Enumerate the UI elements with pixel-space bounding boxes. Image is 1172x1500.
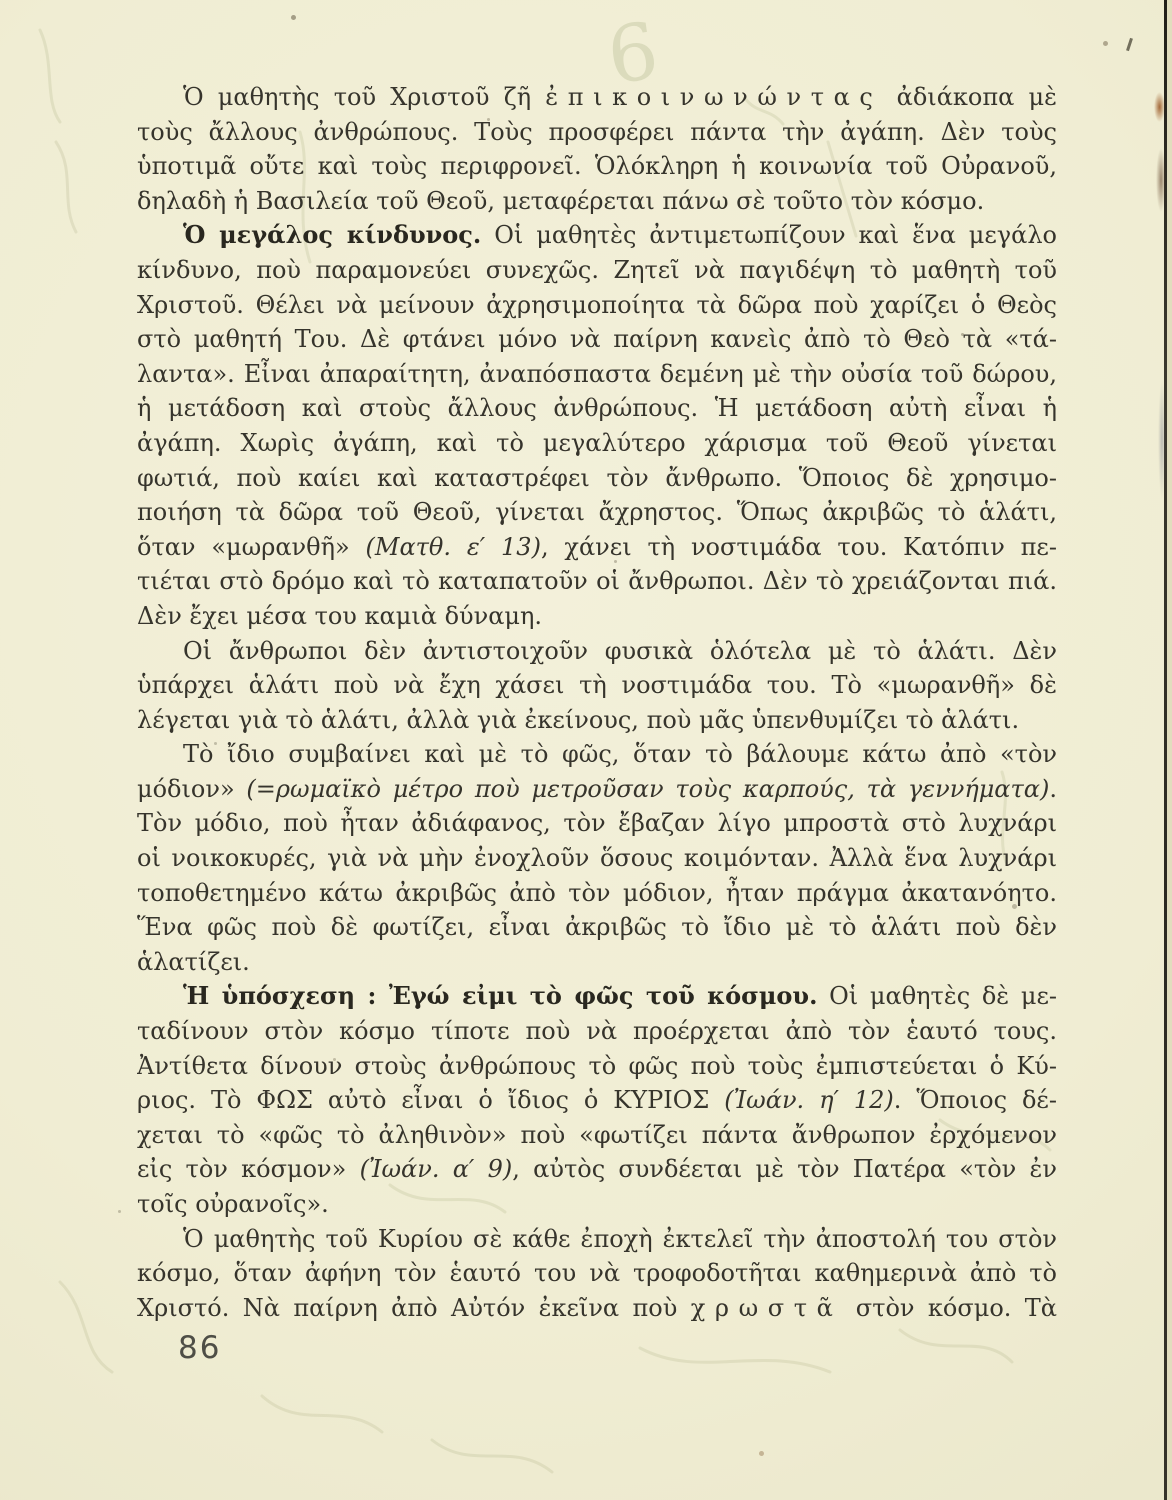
body-text-segment: ποιήση τὰ δῶρα τοῦ Θεοῦ, γίνεται ἄχρηστο… <box>137 498 1057 526</box>
text-line: Τὸ ἴδιο συμβαίνει καὶ μὲ τὸ φῶς, ὅταν τὸ… <box>137 737 1057 772</box>
text-line: ὑποτιμᾶ οὔτε καὶ τοὺς περιφρονεῖ. Ὁλόκλη… <box>137 149 1057 184</box>
text-line: ἀγάπη. Χωρὶς ἀγάπη, καὶ τὸ μεγαλύτερο χά… <box>137 426 1057 461</box>
body-text-segment: Τὸν μόδιο, ποὺ ἦταν ἀδιάφανος, τὸν ἔβαζα… <box>137 809 1057 837</box>
body-text-segment: ἁλατίζει. <box>137 948 250 976</box>
body-text-segment: δηλαδὴ ἡ Βασιλεία τοῦ Θεοῦ, μεταφέρεται … <box>137 187 984 215</box>
body-text-segment: τιέται στὸ δρόμο καὶ τὸ καταπατοῦν οἱ ἄν… <box>137 567 1057 595</box>
body-text-segment: Οἱ μαθητὲς ἀντιμετωπίζουν καὶ ἕνα μεγάλο <box>481 221 1057 249</box>
paper-speckles <box>0 0 3 3</box>
body-text-segment: Οἱ ἄνθρωποι δὲν ἀντιστοιχοῦν φυσικὰ ὁλότ… <box>183 637 1057 665</box>
body-text-segment: , χάνει τὴ νοστιμάδα του. Κατόπιν πε- <box>541 533 1057 561</box>
text-line: Ὁ μαθητὴς τοῦ Κυρίου σὲ κάθε ἐποχὴ ἐκτελ… <box>137 1222 1057 1257</box>
text-line: τοὺς ἄλλους ἀνθρώπους. Τοὺς προσφέρει πά… <box>137 115 1057 150</box>
text-line: ταδίνουν στὸν κόσμο τίποτε ποὺ νὰ προέρχ… <box>137 1014 1057 1049</box>
body-text-segment: χρωστᾶ <box>691 1294 843 1322</box>
text-line: Ἀντίθετα δίνουν στοὺς ἀνθρώπους τὸ φῶς π… <box>137 1049 1057 1084</box>
body-text-segment: ὑποτιμᾶ οὔτε καὶ τοὺς περιφρονεῖ. Ὁλόκλη… <box>137 152 1057 180</box>
edge-smudge <box>1156 148 1166 212</box>
scripture-reference: (Ματθ. ε′ 13) <box>366 533 541 561</box>
body-text-segment: ταδίνουν στὸν κόσμο τίποτε ποὺ νὰ προέρχ… <box>137 1017 1057 1045</box>
body-text-segment: Οἱ μαθητὲς δὲ με- <box>817 982 1057 1010</box>
scripture-reference: (Ἰωάν. α′ 9) <box>360 1155 513 1183</box>
text-line: κόσμο, ὅταν ἀφήνη τὸν ἑαυτό του νὰ τροφο… <box>137 1256 1057 1291</box>
body-text-segment: ριος. Τὸ ΦΩΣ αὐτὸ εἶναι ὁ ἴδιος ὁ ΚΥΡΙΟΣ <box>137 1086 724 1114</box>
body-text-segment: ἐπικοινωνώντας <box>545 83 882 111</box>
body-text-segment: τοποθετημένο κάτω ἀκριβῶς ἀπὸ τὸν μόδιον… <box>137 879 1057 907</box>
text-line: τοῖς οὐρανοῖς». <box>137 1187 1057 1222</box>
body-text-segment: στὸ μαθητή Του. Δὲ φτάνει μόνο νὰ παίρνη… <box>137 325 1057 353</box>
text-line: Δὲν ἔχει μέσα του καμιὰ δύναμη. <box>137 599 1057 634</box>
text-line: Ἡ ὑπόσχεση : Ἐγώ εἰμι τὸ φῶς τοῦ κόσμου.… <box>137 979 1057 1014</box>
text-line: ὑπάρχει ἁλάτι ποὺ νὰ ἔχη χάσει τὴ νοστιμ… <box>137 668 1057 703</box>
body-text-segment: τοῖς οὐρανοῖς». <box>137 1190 329 1218</box>
body-text-segment: Τὸ ἴδιο συμβαίνει καὶ μὲ τὸ φῶς, ὅταν τὸ… <box>183 740 1057 768</box>
text-line: Χριστοῦ. Θέλει νὰ μείνουν ἀχρησιμοποίητα… <box>137 288 1057 323</box>
text-line: ριος. Τὸ ΦΩΣ αὐτὸ εἶναι ὁ ἴδιος ὁ ΚΥΡΙΟΣ… <box>137 1083 1057 1118</box>
body-text-segment: κόσμο, ὅταν ἀφήνη τὸν ἑαυτό του νὰ τροφο… <box>137 1259 1057 1287</box>
text-line: ὅταν «μωρανθῆ» (Ματθ. ε′ 13), χάνει τὴ ν… <box>137 530 1057 565</box>
text-line: Τὸν μόδιο, ποὺ ἦταν ἀδιάφανος, τὸν ἔβαζα… <box>137 806 1057 841</box>
body-text-segment: . Ὅποιος δέ- <box>894 1086 1057 1114</box>
body-text-segment: , αὐτὸς συνδέεται μὲ τὸν Πατέρα «τὸν ἐν <box>512 1155 1057 1183</box>
text-line: φωτιά, ποὺ καίει καὶ καταστρέφει τὸν ἄνθ… <box>137 461 1057 496</box>
edge-smudge <box>1154 92 1165 122</box>
body-text-segment: εἰς τὸν κόσμον» <box>137 1155 360 1183</box>
page-edge-line <box>1164 0 1167 1500</box>
text-line: τιέται στὸ δρόμο καὶ τὸ καταπατοῦν οἱ ἄν… <box>137 564 1057 599</box>
paper-background: 6 Ὁ μαθητὴς τοῦ Χριστοῦ ζῆ ἐπικοινωνώντα… <box>0 0 1172 1500</box>
ink-tick-mark <box>1126 38 1133 51</box>
body-text-segment: Δὲν ἔχει μέσα του καμιὰ δύναμη. <box>137 602 542 630</box>
text-line: Χριστό. Νὰ παίρνη ἀπὸ Αὐτόν ἐκεῖνα ποὺ χ… <box>137 1291 1057 1326</box>
text-line: εἰς τὸν κόσμον» (Ἰωάν. α′ 9), αὐτὸς συνδ… <box>137 1152 1057 1187</box>
body-text-segment: τοὺς ἄλλους ἀνθρώπους. Τοὺς προσφέρει πά… <box>137 118 1057 146</box>
body-text-segment: οἱ νοικοκυρές, γιὰ νὰ μὴν ἐνοχλοῦν ὅσους… <box>137 844 1057 872</box>
body-text-segment: λέγεται γιὰ τὸ ἁλάτι, ἀλλὰ γιὰ ἐκείνους,… <box>137 706 1019 734</box>
body-text-segment: ἡ μετάδοση καὶ στοὺς ἄλλους ἀνθρώπους. Ἡ… <box>137 394 1057 422</box>
edge-smudge <box>1158 380 1166 500</box>
body-text-segment: . <box>1049 775 1057 803</box>
body-text-segment: Ὁ μαθητὴς τοῦ Κυρίου σὲ κάθε ἐποχὴ ἐκτελ… <box>183 1225 1057 1253</box>
scanned-book-page: { "page": { "number": "86", "pencil_mark… <box>0 0 1172 1500</box>
text-line: ἡ μετάδοση καὶ στοὺς ἄλλους ἀνθρώπους. Ἡ… <box>137 391 1057 426</box>
body-text-segment: Ἕνα φῶς ποὺ δὲ φωτίζει, εἶναι ἀκριβῶς τὸ… <box>137 913 1057 941</box>
body-text-segment: φωτιά, ποὺ καίει καὶ καταστρέφει τὸν ἄνθ… <box>137 464 1057 492</box>
text-line: Ἕνα φῶς ποὺ δὲ φωτίζει, εἶναι ἀκριβῶς τὸ… <box>137 910 1057 945</box>
bold-heading-text: Ἡ ὑπόσχεση : Ἐγώ εἰμι τὸ φῶς τοῦ κόσμου. <box>183 981 817 1010</box>
text-line: οἱ νοικοκυρές, γιὰ νὰ μὴν ἐνοχλοῦν ὅσους… <box>137 841 1057 876</box>
text-line: Ὁ μεγάλος κίνδυνος. Οἱ μαθητὲς ἀντιμετωπ… <box>137 218 1057 253</box>
body-text-segment: χεται τὸ «φῶς τὸ ἀληθινὸν» ποὺ «φωτίζει … <box>137 1121 1057 1149</box>
text-line: τοποθετημένο κάτω ἀκριβῶς ἀπὸ τὸν μόδιον… <box>137 876 1057 911</box>
body-text-segment: Ἀντίθετα δίνουν στοὺς ἀνθρώπους τὸ φῶς π… <box>137 1052 1057 1080</box>
text-line: Ὁ μαθητὴς τοῦ Χριστοῦ ζῆ ἐπικοινωνώντας … <box>137 80 1057 115</box>
body-text: Ὁ μαθητὴς τοῦ Χριστοῦ ζῆ ἐπικοινωνώντας … <box>137 80 1057 1325</box>
body-text-segment: ἀδιάκοπα μὲ <box>882 83 1057 111</box>
body-text-segment: μόδιον» <box>137 775 246 803</box>
text-line: δηλαδὴ ἡ Βασιλεία τοῦ Θεοῦ, μεταφέρεται … <box>137 184 1057 219</box>
body-text-segment: Χριστοῦ. Θέλει νὰ μείνουν ἀχρησιμοποίητα… <box>137 291 1057 319</box>
text-line: λέγεται γιὰ τὸ ἁλάτι, ἀλλὰ γιὰ ἐκείνους,… <box>137 703 1057 738</box>
text-line: ποιήση τὰ δῶρα τοῦ Θεοῦ, γίνεται ἄχρηστο… <box>137 495 1057 530</box>
body-text-segment: ἀγάπη. Χωρὶς ἀγάπη, καὶ τὸ μεγαλύτερο χά… <box>137 429 1057 457</box>
scripture-reference: (=ρωμαϊκὸ μέτρο ποὺ μετροῦσαν τοὺς καρπο… <box>246 775 1049 803</box>
text-line: κίνδυνο, ποὺ παραμονεύει συνεχῶς. Ζητεῖ … <box>137 253 1057 288</box>
body-text-segment: Χριστό. Νὰ παίρνη ἀπὸ Αὐτόν ἐκεῖνα ποὺ <box>137 1294 691 1322</box>
body-text-segment: κίνδυνο, ποὺ παραμονεύει συνεχῶς. Ζητεῖ … <box>137 256 1057 284</box>
bold-heading-text: Ὁ μεγάλος κίνδυνος. <box>183 220 481 249</box>
text-line: στὸ μαθητή Του. Δὲ φτάνει μόνο νὰ παίρνη… <box>137 322 1057 357</box>
body-text-segment: λαντα». Εἶναι ἀπαραίτητη, ἀναπόσπαστα δε… <box>137 360 1057 388</box>
text-line: ἁλατίζει. <box>137 945 1057 980</box>
body-text-segment: ὑπάρχει ἁλάτι ποὺ νὰ ἔχη χάσει τὴ νοστιμ… <box>137 671 1057 699</box>
page-number: 86 <box>178 1330 221 1366</box>
text-line: μόδιον» (=ρωμαϊκὸ μέτρο ποὺ μετροῦσαν το… <box>137 772 1057 807</box>
body-text-segment: ὅταν «μωρανθῆ» <box>137 533 366 561</box>
text-line: λαντα». Εἶναι ἀπαραίτητη, ἀναπόσπαστα δε… <box>137 357 1057 392</box>
scripture-reference: (Ἰωάν. η′ 12) <box>724 1086 894 1114</box>
text-line: Οἱ ἄνθρωποι δὲν ἀντιστοιχοῦν φυσικὰ ὁλότ… <box>137 634 1057 669</box>
text-line: χεται τὸ «φῶς τὸ ἀληθινὸν» ποὺ «φωτίζει … <box>137 1118 1057 1153</box>
body-text-segment: Ὁ μαθητὴς τοῦ Χριστοῦ ζῆ <box>183 83 545 111</box>
